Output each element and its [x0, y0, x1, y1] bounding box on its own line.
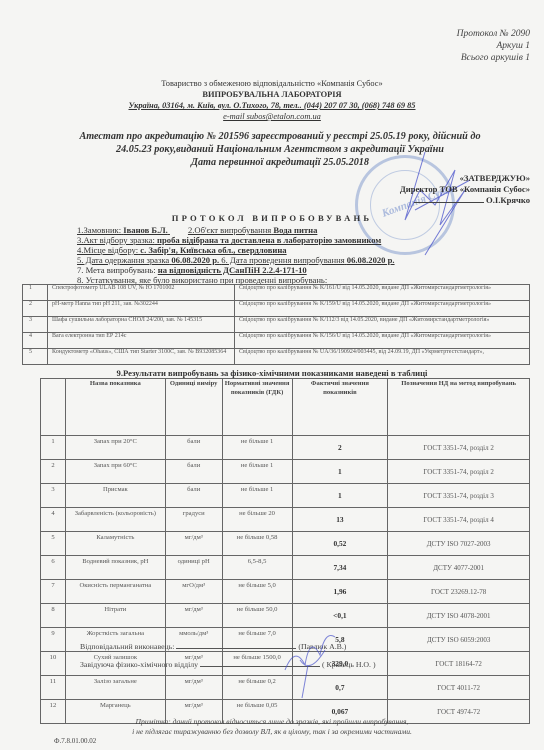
equipment-certificate: Свідоцтво про калібрування № K/161/U від… — [235, 285, 530, 301]
document-page: Протокол № 2090 Аркуш 1 Всього аркушів 1… — [0, 0, 544, 750]
results-cell-method: ГОСТ 3351-74, розділ 4 — [388, 508, 530, 532]
results-cell-name: Залізо загальне — [65, 676, 165, 700]
results-row: 4Забарвленість (кольоровість)градусине б… — [41, 508, 530, 532]
equipment-row: 3Шафа сушильна лабораторна СНОЛ 24/200, … — [23, 317, 530, 333]
org-address: Україна, 03164, м. Київ, вул. О.Тихого, … — [0, 100, 544, 111]
results-cell-n: 3 — [41, 484, 66, 508]
results-cell-method: ДСТУ ISO 4078-2001 — [388, 604, 530, 628]
results-cell-unit: бали — [165, 484, 222, 508]
object-value: Вода питна — [273, 225, 317, 235]
footer-note: Примітка: даний протокол відноситься лиш… — [0, 717, 544, 737]
results-cell-name: Запах при 20°С — [65, 436, 165, 460]
results-cell-method: ГОСТ 3351-74, розділ 3 — [388, 484, 530, 508]
results-cell-n: 10 — [41, 652, 66, 676]
protocol-header: Протокол № 2090 Аркуш 1 Всього аркушів 1 — [457, 28, 530, 64]
results-column-header: Нормативні значення показників (ГДК) — [222, 379, 292, 436]
results-column-header — [41, 379, 66, 436]
customer-value: Іванов Б.Л. — [123, 225, 168, 235]
results-cell-n: 5 — [41, 532, 66, 556]
results-cell-n: 1 — [41, 436, 66, 460]
protocol-number: Протокол № 2090 — [457, 28, 530, 40]
results-cell-name: Нітрати — [65, 604, 165, 628]
equipment-number: 5 — [23, 349, 48, 365]
director-name: О.І.Крячко — [486, 195, 530, 205]
results-column-header: Позначення НД на метод випробувань — [388, 379, 530, 436]
results-cell-fact: 1,96 — [292, 580, 388, 604]
results-cell-name: Водневий показник, рН — [65, 556, 165, 580]
results-cell-method: ДСТУ ISO 6059:2003 — [388, 628, 530, 652]
sheet-number: Аркуш 1 — [457, 40, 530, 52]
results-row: 3Присмакбалине більше 11ГОСТ 3351-74, ро… — [41, 484, 530, 508]
results-cell-method: ГОСТ 4011-72 — [388, 676, 530, 700]
place-label: 4.Місце відбору: — [77, 245, 138, 255]
results-cell-fact: 1 — [292, 484, 388, 508]
goal-row: 7. Мета випробувань: на відповідність ДС… — [77, 265, 395, 275]
results-cell-unit: мг/дм³ — [165, 532, 222, 556]
tested-date: 06.08.2020 р. — [347, 255, 395, 265]
equipment-row: 4Вага електронна тип ЕР 214сСвідоцтво пр… — [23, 333, 530, 349]
executor-label: Відповідальний виконавець: — [80, 642, 174, 651]
equipment-device: Спектрофотометр ULAB 108 UV, № Ю 1701002 — [48, 285, 235, 301]
note-line-2: і не підлягає тиражуванню без дозволу ВЛ… — [0, 727, 544, 737]
results-cell-unit: мг/дм³ — [165, 604, 222, 628]
director-position: Директор ТОВ «Компанія Субос» — [400, 184, 530, 195]
executor-signature-icon — [280, 625, 340, 700]
tested-label: 6. Дата проведення випробування — [221, 255, 344, 265]
results-cell-name: Запах при 60°С — [65, 460, 165, 484]
results-cell-norm: 6,5-8,5 — [222, 556, 292, 580]
results-column-header: Фактичні значення показників — [292, 379, 388, 436]
results-cell-fact: 1 — [292, 460, 388, 484]
sample-act-row: 3.Акт відбору зразка: проба відібрана та… — [77, 235, 395, 245]
results-cell-n: 4 — [41, 508, 66, 532]
results-cell-name: Присмак — [65, 484, 165, 508]
place-value: с. Забір'я, Київська обл., свердловина — [140, 245, 286, 255]
results-cell-n: 11 — [41, 676, 66, 700]
equipment-certificate: Свідоцтво про калібрування № K/156/U від… — [235, 333, 530, 349]
results-cell-unit: мг/дм³ — [165, 676, 222, 700]
equipment-row: 2pH-метр Hanna тип pH 211, зав. №302244С… — [23, 301, 530, 317]
results-cell-method: ГОСТ 3351-74, розділ 2 — [388, 436, 530, 460]
equipment-table: 1Спектрофотометр ULAB 108 UV, № Ю 170100… — [22, 284, 530, 365]
note-line-1: Примітка: даний протокол відноситься лиш… — [0, 717, 544, 727]
equipment-device: Кондуктометр «Ohaus», США тип Starter 31… — [48, 349, 235, 365]
protocol-details: 1.Замовник: Іванов Б.Л. 2.Об'єкт випробу… — [77, 225, 395, 285]
results-row: 7Окисність перманганатнамгО/дм³не більше… — [41, 580, 530, 604]
equipment-device: Вага електронна тип ЕР 214с — [48, 333, 235, 349]
form-code: Ф.7.8.01.00.02 — [54, 737, 96, 745]
head-label: Завідуюча фізико-хімічного відділу — [80, 660, 198, 669]
equipment-device: pH-метр Hanna тип pH 211, зав. №302244 — [48, 301, 235, 317]
results-title: 9.Результати випробувань за фізико-хіміч… — [0, 368, 544, 378]
approval-heading: «ЗАТВЕРДЖУЮ» — [400, 173, 530, 184]
results-cell-fact: <0,1 — [292, 604, 388, 628]
equipment-row: 1Спектрофотометр ULAB 108 UV, № Ю 170100… — [23, 285, 530, 301]
results-cell-unit: бали — [165, 460, 222, 484]
goal-value: на відповідність ДСанПіН 2.2.4-171-10 — [158, 265, 307, 275]
results-cell-fact: 2 — [292, 436, 388, 460]
total-sheets: Всього аркушів 1 — [457, 52, 530, 64]
results-cell-method: ГОСТ 3351-74, розділ 2 — [388, 460, 530, 484]
results-cell-method: ДСТУ ISO 7027-2003 — [388, 532, 530, 556]
results-cell-unit: мгО/дм³ — [165, 580, 222, 604]
results-cell-method: ГОСТ 23269.12-78 — [388, 580, 530, 604]
results-cell-norm: не більше 5,0 — [222, 580, 292, 604]
lab-name: ВИПРОБУВАЛЬНА ЛАБОРАТОРІЯ — [0, 89, 544, 100]
protocol-title: ПРОТОКОЛ ВИПРОБОВУВАНЬ — [0, 213, 544, 223]
results-cell-n: 7 — [41, 580, 66, 604]
act-label: 3.Акт відбору зразка: — [77, 235, 155, 245]
results-cell-n: 6 — [41, 556, 66, 580]
equipment-number: 3 — [23, 317, 48, 333]
org-email: e-mail subos@etalon.com.ua — [0, 111, 544, 122]
results-cell-norm: не більше 1 — [222, 484, 292, 508]
results-cell-name: Каламутність — [65, 532, 165, 556]
act-value: проба відібрана та доставлена в лаборато… — [157, 235, 381, 245]
results-cell-n: 8 — [41, 604, 66, 628]
sampling-place-row: 4.Місце відбору: с. Забір'я, Київська об… — [77, 245, 395, 255]
results-row: 1Запах при 20°Сбалине більше 12ГОСТ 3351… — [41, 436, 530, 460]
results-row: 8Нітратимг/дм³не більше 50,0<0,1ДСТУ ISO… — [41, 604, 530, 628]
results-cell-unit: бали — [165, 436, 222, 460]
goal-label: 7. Мета випробувань: — [77, 265, 156, 275]
organization-block: Товариство з обмеженою відповідальністю … — [0, 78, 544, 122]
equipment-device: Шафа сушильна лабораторна СНОЛ 24/200, з… — [48, 317, 235, 333]
results-column-header: Одиниці виміру — [165, 379, 222, 436]
results-cell-norm: не більше 1 — [222, 460, 292, 484]
equipment-row: 5Кондуктометр «Ohaus», США тип Starter 3… — [23, 349, 530, 365]
equipment-certificate: Свідоцтво про калібрування № UA/36/19092… — [235, 349, 530, 365]
dates-row: 5. Дата одержання зразка 06.08.2020 р. 6… — [77, 255, 395, 265]
received-label: 5. Дата одержання зразка — [77, 255, 169, 265]
results-cell-name: Окисність перманганатна — [65, 580, 165, 604]
object-label: 2.Об'єкт випробування — [170, 225, 271, 235]
equipment-number: 4 — [23, 333, 48, 349]
results-cell-name: Забарвленість (кольоровість) — [65, 508, 165, 532]
results-cell-norm: не більше 1 — [222, 436, 292, 460]
equipment-number: 1 — [23, 285, 48, 301]
equipment-certificate: Свідоцтво про калібрування № K/159/U від… — [235, 301, 530, 317]
equipment-certificate: Свідоцтво про калібрування № K/112/3 від… — [235, 317, 530, 333]
results-cell-fact: 7,34 — [292, 556, 388, 580]
customer-row: 1.Замовник: Іванов Б.Л. 2.Об'єкт випробу… — [77, 225, 395, 235]
org-name: Товариство з обмеженою відповідальністю … — [0, 78, 544, 89]
results-cell-unit: одиниці рН — [165, 556, 222, 580]
results-cell-n: 9 — [41, 628, 66, 652]
results-cell-unit: градуси — [165, 508, 222, 532]
approval-block: «ЗАТВЕРДЖУЮ» Директор ТОВ «Компанія Субо… — [400, 173, 530, 206]
accreditation-line-1: Атестат про акредитацію № 201596 зареєст… — [20, 130, 540, 143]
results-cell-n: 2 — [41, 460, 66, 484]
results-cell-norm: не більше 50,0 — [222, 604, 292, 628]
customer-label: 1.Замовник: — [77, 225, 121, 235]
results-row: 5Каламутністьмг/дм³не більше 0,580,52ДСТ… — [41, 532, 530, 556]
results-cell-method: ГОСТ 18164-72 — [388, 652, 530, 676]
results-cell-method: ДСТУ 4077-2001 — [388, 556, 530, 580]
results-column-header: Назва показника — [65, 379, 165, 436]
results-row: 6Водневий показник, рНодиниці рН6,5-8,57… — [41, 556, 530, 580]
received-date: 06.08.2020 р. — [171, 255, 219, 265]
results-cell-fact: 0,52 — [292, 532, 388, 556]
results-row: 2Запах при 60°Сбалине більше 11ГОСТ 3351… — [41, 460, 530, 484]
equipment-number: 2 — [23, 301, 48, 317]
results-cell-fact: 13 — [292, 508, 388, 532]
results-cell-norm: не більше 20 — [222, 508, 292, 532]
results-header-row: Назва показникаОдиниці виміруНормативні … — [41, 379, 530, 436]
results-cell-norm: не більше 0,58 — [222, 532, 292, 556]
